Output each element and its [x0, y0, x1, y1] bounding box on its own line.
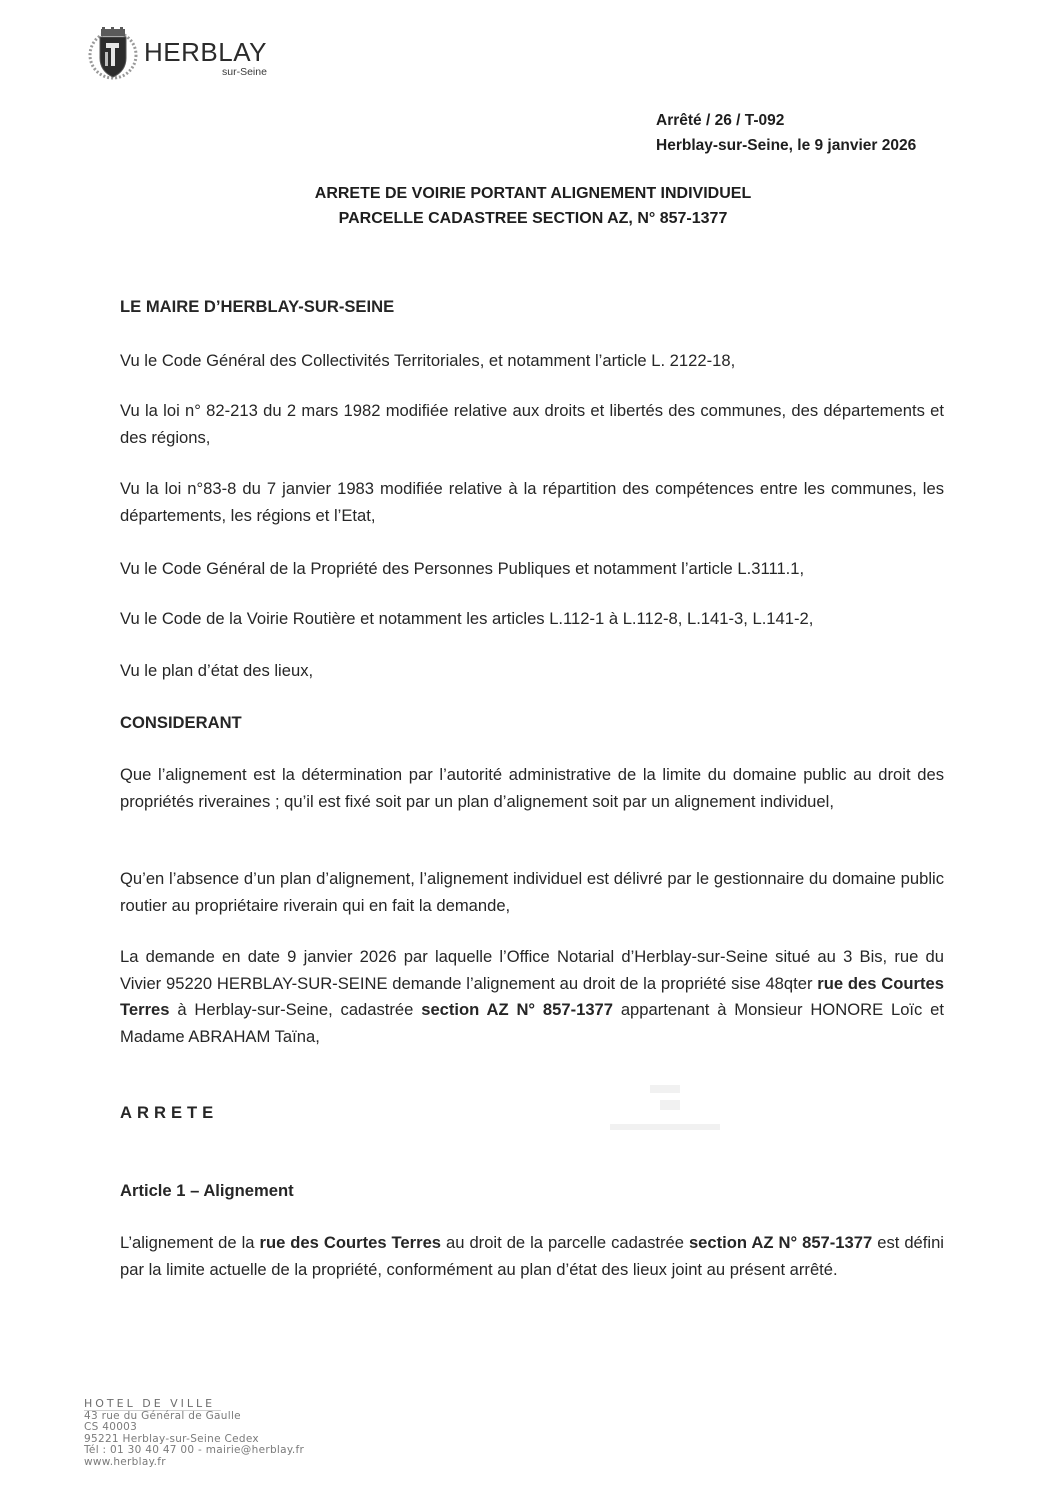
footer-heading: HOTEL DE VILLE — [84, 1398, 221, 1411]
vu-clause: Vu la loi n°83-8 du 7 janvier 1983 modif… — [120, 476, 944, 529]
town-hall-footer: HOTEL DE VILLE 43 rue du Général de Gaul… — [84, 1398, 304, 1468]
place-date: Herblay-sur-Seine, le 9 janvier 2026 — [656, 133, 916, 158]
parcel-reference: section AZ N° 857-1377 — [421, 1000, 613, 1019]
parcel-reference: section AZ N° 857-1377 — [689, 1233, 872, 1252]
demande-paragraph: La demande en date 9 janvier 2026 par la… — [120, 944, 944, 1050]
logo-name: HERBLAY — [144, 40, 267, 64]
considerant-heading: CONSIDERANT — [120, 710, 944, 737]
street-name: rue des Courtes Terres — [259, 1233, 441, 1252]
arrete-reference: Arrêté / 26 / T-092 — [656, 108, 916, 133]
reference-block: Arrêté / 26 / T-092 Herblay-sur-Seine, l… — [656, 108, 916, 158]
title-line-2: PARCELLE CADASTREE SECTION AZ, N° 857-13… — [0, 206, 1058, 231]
article-1-heading: Article 1 – Alignement — [120, 1178, 944, 1205]
demande-text: à Herblay-sur-Seine, cadastrée — [170, 1000, 422, 1019]
considerant-clause: Que l’alignement est la détermination pa… — [120, 762, 944, 815]
arrete-heading: ARRETE — [120, 1100, 944, 1127]
vu-clause: Vu le plan d’état des lieux, — [120, 658, 944, 685]
vu-clause: Vu la loi n° 82-213 du 2 mars 1982 modif… — [120, 398, 944, 451]
footer-cs: CS 40003 — [84, 1422, 304, 1434]
herblay-logo: HERBLAY sur-Seine — [88, 26, 267, 80]
considerant-clause: Qu’en l’absence d’un plan d’alignement, … — [120, 866, 944, 919]
article-1-paragraph: L’alignement de la rue des Courtes Terre… — [120, 1230, 944, 1283]
document-page: HERBLAY sur-Seine Arrêté / 26 / T-092 He… — [0, 0, 1058, 1497]
vu-clause: Vu le Code Général de la Propriété des P… — [120, 556, 944, 583]
scan-artifact — [600, 1080, 730, 1140]
coat-of-arms-icon — [88, 26, 138, 80]
document-title: ARRETE DE VOIRIE PORTANT ALIGNEMENT INDI… — [0, 181, 1058, 231]
article-text: au droit de la parcelle cadastrée — [441, 1233, 689, 1252]
logo-subtitle: sur-Seine — [222, 66, 267, 78]
authority-heading: LE MAIRE D’HERBLAY-SUR-SEINE — [120, 294, 944, 321]
title-line-1: ARRETE DE VOIRIE PORTANT ALIGNEMENT INDI… — [0, 181, 1058, 206]
article-text: L’alignement de la — [120, 1233, 259, 1252]
footer-website-link[interactable]: www.herblay.fr — [84, 1456, 166, 1468]
vu-clause: Vu le Code Général des Collectivités Ter… — [120, 348, 944, 375]
vu-clause: Vu le Code de la Voirie Routière et nota… — [120, 606, 944, 633]
